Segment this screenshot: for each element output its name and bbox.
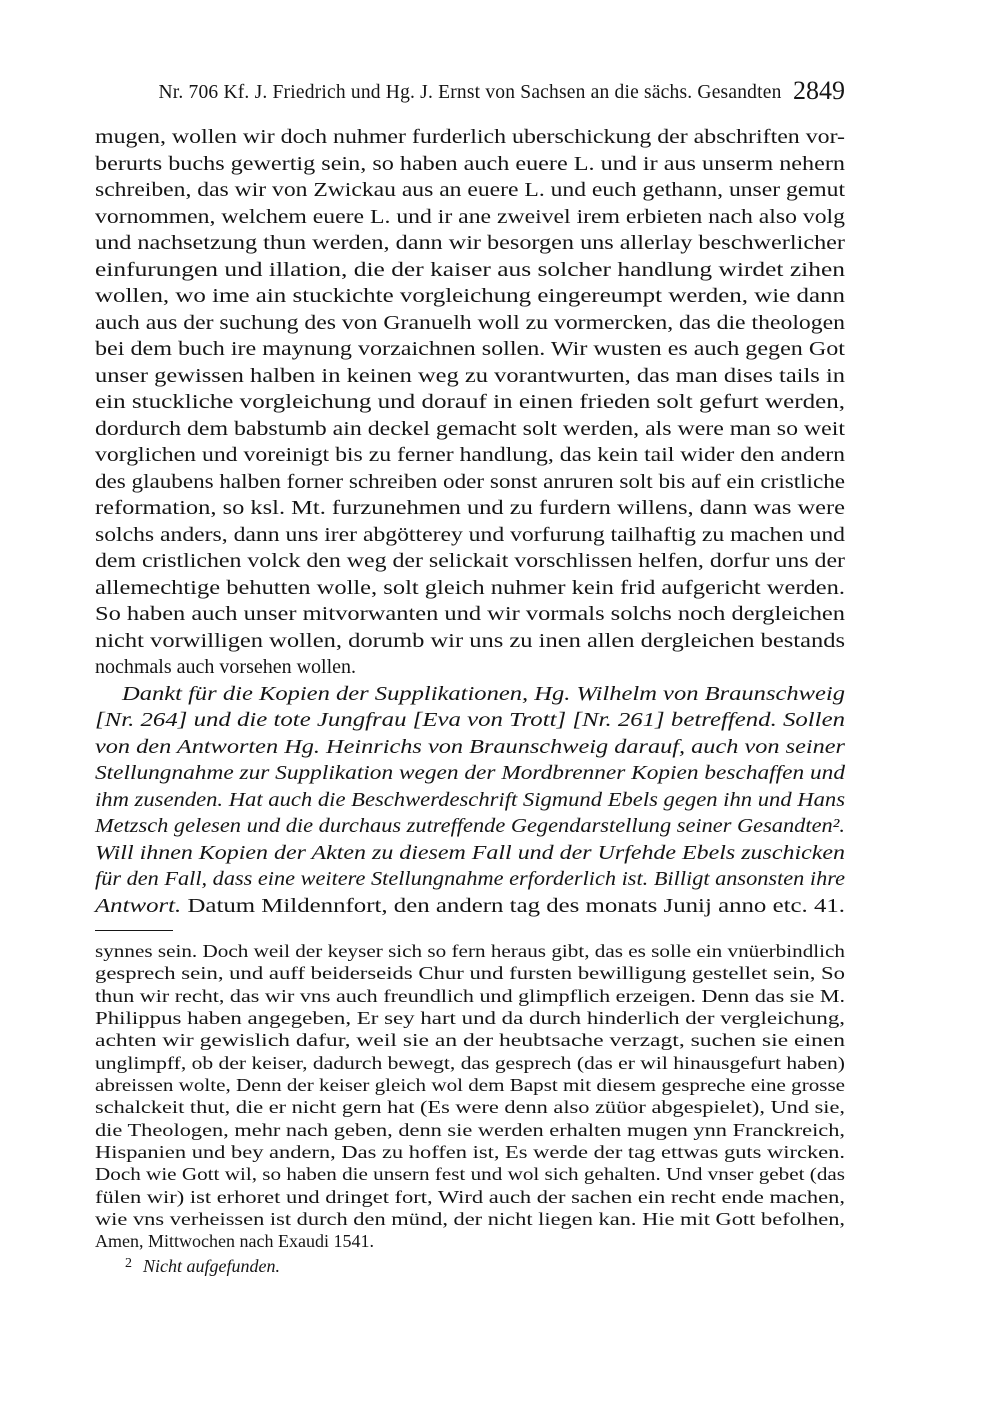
text-line: gesprech sein, und auff beiderseids Chur… [95,962,845,984]
text-line-content: berurts buchs gewertig sein, so haben au… [95,151,845,178]
text-line-content: dordurch dem babstumb ain deckel gemacht… [95,416,845,443]
text-line-content: für den Fall, dass eine weitere Stellung… [95,866,845,893]
text-line: mugen, wollen wir doch nuhmer furderlich… [95,124,845,151]
text-line: berurts buchs gewertig sein, so haben au… [95,151,845,178]
text-line: vorglichen und voreinigt bis zu ferner h… [95,442,845,469]
footnote-separator-rule [95,930,173,931]
running-title: Nr. 706 Kf. J. Friedrich und Hg. J. Erns… [158,82,781,104]
text-line: die Theologen, mehr nach geben, denn sie… [95,1119,845,1141]
text-line: auch aus der suchung des von Granuelh wo… [95,310,845,337]
text-line: ihm zusenden. Hat auch die Beschwerdesch… [95,787,845,814]
text-line-content: wollen, wo ime ain stuckichte vorgleichu… [95,283,845,310]
text-line: nicht vorwilligen wollen, dorumb wir uns… [95,628,845,655]
text-line: schalckeit thut, die er nicht gern hat (… [95,1096,845,1118]
text-line: Dankt für die Kopien der Supplikationen,… [95,681,845,708]
datum-text: Datum Mildennfort, den andern tag des mo… [181,895,845,917]
text-line: unglimpff, ob der keiser, dadurch bewegt… [95,1052,845,1074]
paragraph-editorial-summary: Dankt für die Kopien der Supplikationen,… [95,681,845,893]
summary-end-text: Antwort. [95,895,181,917]
text-line-content: von den Antworten Hg. Heinrichs von Brau… [95,734,845,761]
text-line: solchs anders, dann uns irer abgötterey … [95,522,845,549]
text-line: von den Antworten Hg. Heinrichs von Brau… [95,734,845,761]
text-line: schreiben, das wir von Zwickau aus an eu… [95,177,845,204]
text-line-content: So haben auch unser mitvorwanten und wir… [95,601,845,628]
text-line-content: gesprech sein, und auff beiderseids Chur… [95,962,845,984]
text-line-content: Stellungnahme zur Supplikation wegen der… [95,760,845,787]
text-line-content: reformation, so ksl. Mt. furzunehmen und… [95,495,845,522]
text-line-content: synnes sein. Doch weil der keyser sich s… [95,940,845,962]
text-line: dem cristlichen volck den weg der selick… [95,548,845,575]
text-line: Hispanien und bey andern, Das zu hoffen … [95,1141,845,1163]
text-line-content: Will ihnen Kopien der Akten zu diesem Fa… [95,840,845,867]
text-line-content: ihm zusenden. Hat auch die Beschwerdesch… [95,787,845,814]
text-line: unser gewissen halben in keinen weg zu v… [95,363,845,390]
text-line-content: allemechtige behutten wolle, solt gleich… [95,575,845,602]
text-line-content: Amen, Mittwochen nach Exaudi 1541. [95,1230,374,1252]
text-line-content: unglimpff, ob der keiser, dadurch bewegt… [95,1052,845,1074]
text-line-content: einfurungen und illation, die der kaiser… [95,257,845,284]
footnote-2-text: Nicht aufgefunden. [143,1256,280,1276]
text-line-content: abreissen wolte, Denn der keiser gleich … [95,1074,845,1096]
text-line-content: Hispanien und bey andern, Das zu hoffen … [95,1141,845,1163]
text-line-content: solchs anders, dann uns irer abgötterey … [95,522,845,549]
text-line-content: achten wir gewislich dafur, weil sie an … [95,1029,845,1051]
text-line-content: und nachsetzung thun werden, dann wir be… [95,230,845,257]
text-line-content: Doch wie Gott wil, so haben die unsern f… [95,1163,845,1185]
text-line-content: thun wir recht, das wir vns auch freundl… [95,985,845,1007]
text-line: abreissen wolte, Denn der keiser gleich … [95,1074,845,1096]
text-line-content: Dankt für die Kopien der Supplikationen,… [122,681,845,708]
text-line: thun wir recht, das wir vns auch freundl… [95,985,845,1007]
text-line: für den Fall, dass eine weitere Stellung… [95,866,845,893]
text-line-content: bei dem buch ire maynung vorzaichnen sol… [95,336,845,363]
text-line-content: schreiben, das wir von Zwickau aus an eu… [95,177,845,204]
footnote-continuation: synnes sein. Doch weil der keyser sich s… [95,940,845,1253]
text-line: wie vns verheissen ist durch den münd, d… [95,1208,845,1230]
text-line: ein stuckliche vorgleichung und dorauf i… [95,389,845,416]
footnote-2-marker: 2 [125,1256,132,1271]
text-line-content: schalckeit thut, die er nicht gern hat (… [95,1096,845,1118]
text-line: Stellungnahme zur Supplikation wegen der… [95,760,845,787]
text-line-content: unser gewissen halben in keinen weg zu v… [95,363,845,390]
text-line-content: mugen, wollen wir doch nuhmer furderlich… [95,124,845,151]
text-line-content: die Theologen, mehr nach geben, denn sie… [95,1119,845,1141]
text-line-content: Philippus haben angegeben, Er sey hart u… [95,1007,845,1029]
text-line: fülen wir) ist erhoret und dringet fort,… [95,1186,845,1208]
text-line-content: wie vns verheissen ist durch den münd, d… [95,1208,845,1230]
text-line: allemechtige behutten wolle, solt gleich… [95,575,845,602]
text-line: des glaubens halben forner schreiben ode… [95,469,845,496]
text-line-content: des glaubens halben forner schreiben ode… [95,469,845,496]
text-line-content: vornommen, welchem euere L. und ir ane z… [95,204,845,231]
text-line-content: [Nr. 264] und die tote Jungfrau [Eva von… [95,707,845,734]
text-line: achten wir gewislich dafur, weil sie an … [95,1029,845,1051]
text-line-content: nicht vorwilligen wollen, dorumb wir uns… [95,628,845,655]
book-page: Nr. 706 Kf. J. Friedrich und Hg. J. Erns… [0,0,1004,1418]
text-line: einfurungen und illation, die der kaiser… [95,257,845,284]
text-line: nochmals auch vorsehen wollen. [95,654,845,681]
page-header: Nr. 706 Kf. J. Friedrich und Hg. J. Erns… [95,76,845,110]
footnote-2: 2Nicht aufgefunden. [95,1255,845,1280]
text-line: wollen, wo ime ain stuckichte vorgleichu… [95,283,845,310]
text-line-content: ein stuckliche vorgleichung und dorauf i… [95,389,845,416]
footnotes-section: synnes sein. Doch weil der keyser sich s… [95,940,845,1280]
text-line-content: auch aus der suchung des von Granuelh wo… [95,310,845,337]
text-line: Doch wie Gott wil, so haben die unsern f… [95,1163,845,1185]
text-line: und nachsetzung thun werden, dann wir be… [95,230,845,257]
text-line: [Nr. 264] und die tote Jungfrau [Eva von… [95,707,845,734]
mixed-line-wrap: Antwort. Datum Mildennfort, den andern t… [95,893,845,920]
text-line: Antwort. Datum Mildennfort, den andern t… [95,893,845,920]
text-column: Nr. 706 Kf. J. Friedrich und Hg. J. Erns… [95,76,845,1280]
text-line-content: nochmals auch vorsehen wollen. [95,654,356,681]
text-line: synnes sein. Doch weil der keyser sich s… [95,940,845,962]
text-line: reformation, so ksl. Mt. furzunehmen und… [95,495,845,522]
text-line: dordurch dem babstumb ain deckel gemacht… [95,416,845,443]
text-line: Will ihnen Kopien der Akten zu diesem Fa… [95,840,845,867]
text-line: So haben auch unser mitvorwanten und wir… [95,601,845,628]
text-line-content: dem cristlichen volck den weg der selick… [95,548,845,575]
text-line: bei dem buch ire maynung vorzaichnen sol… [95,336,845,363]
page-number: 2849 [793,76,845,106]
text-line-content: fülen wir) ist erhoret und dringet fort,… [95,1186,845,1208]
text-line: Metzsch gelesen und die durchaus zutreff… [95,813,845,840]
text-line: vornommen, welchem euere L. und ir ane z… [95,204,845,231]
text-line-content: Metzsch gelesen und die durchaus zutreff… [95,813,845,840]
text-line-content: vorglichen und voreinigt bis zu ferner h… [95,442,845,469]
text-line: Amen, Mittwochen nach Exaudi 1541. [95,1230,845,1252]
text-line: Philippus haben angegeben, Er sey hart u… [95,1007,845,1029]
paragraph-transcription: mugen, wollen wir doch nuhmer furderlich… [95,124,845,681]
